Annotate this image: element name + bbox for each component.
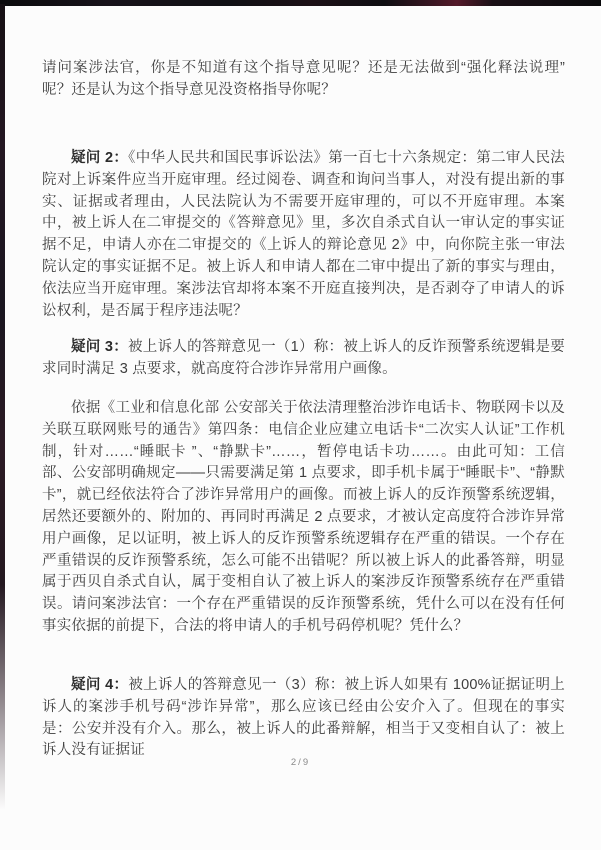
paragraph-text: 《中华人民共和国民事诉讼法》第一百七十六条规定：第二审人民法院对上诉案件应当开庭… (42, 150, 565, 319)
scanned-document-page: { "theme": { "page_bg": "#fcfcfc", "text… (0, 0, 601, 850)
paragraph-text: 请问案涉法官，你是不知道有这个指导意见呢？还是无法做到“强化释法说理”呢？还是认… (42, 60, 565, 98)
paragraph-question-4: 疑问 4：被上诉人的答辩意见一（3）称：被上诉人如果有 100%证据证明上诉人的… (42, 675, 565, 762)
paragraph-question-3: 疑问 3：被上诉人的答辩意见一（1）称：被上诉人的反诈预警系统逻辑是要求同时满足… (42, 337, 565, 381)
paragraph-text: 依据《工业和信息化部 公安部关于依法清理整治涉诈电话卡、物联网卡以及关联互联网账… (42, 400, 565, 634)
question-3-label: 疑问 3： (71, 339, 128, 355)
question-4-label: 疑问 4： (71, 677, 128, 693)
paragraph-question-2: 疑问 2：《中华人民共和国民事诉讼法》第一百七十六条规定：第二审人民法院对上诉案… (42, 148, 565, 322)
paragraph-legal-basis: 依据《工业和信息化部 公安部关于依法清理整治涉诈电话卡、物联网卡以及关联互联网账… (42, 398, 565, 638)
paragraph-continuation: 请问案涉法官，你是不知道有这个指导意见呢？还是无法做到“强化释法说理”呢？还是认… (42, 58, 565, 102)
document-content: 请问案涉法官，你是不知道有这个指导意见呢？还是无法做到“强化释法说理”呢？还是认… (42, 0, 565, 850)
page-number: 2/9 (0, 757, 601, 768)
question-2-label: 疑问 2： (71, 150, 128, 166)
scan-left-edge (0, 4, 5, 810)
